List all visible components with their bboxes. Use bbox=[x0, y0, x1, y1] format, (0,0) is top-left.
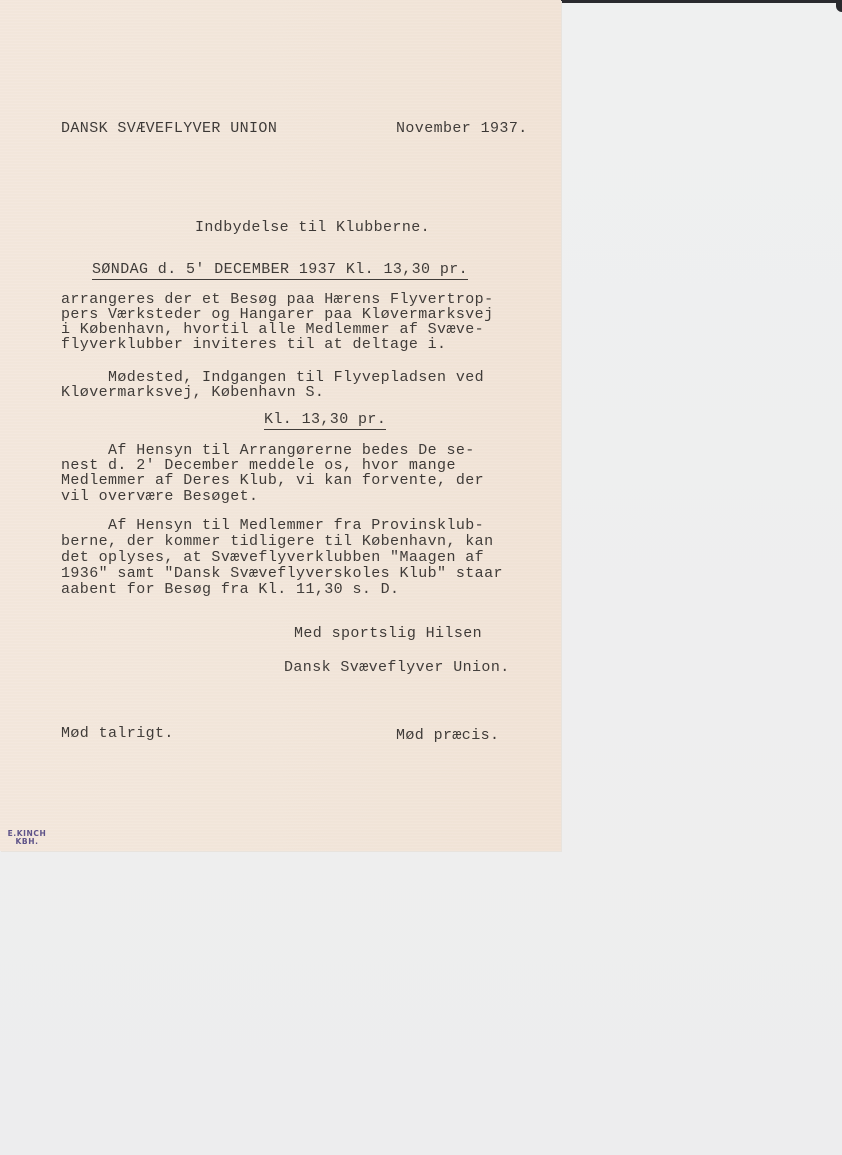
scanner-lid-corner bbox=[836, 0, 842, 12]
letterhead-date: November 1937. bbox=[396, 121, 528, 137]
letterhead-organization: DANSK SVÆVEFLYVER UNION bbox=[61, 121, 277, 137]
paragraph-line: vil overvære Besøget. bbox=[61, 489, 258, 505]
closing-greeting: Med sportslig Hilsen bbox=[294, 626, 482, 642]
letter-title: Indbydelse til Klubberne. bbox=[195, 220, 430, 236]
paragraph-line: Kløvermarksvej, København S. bbox=[61, 385, 324, 401]
printer-stamp-city: KBH. bbox=[6, 838, 48, 846]
closing-signature: Dansk Svæveflyver Union. bbox=[284, 660, 510, 676]
printer-stamp: E.KINCH KBH. bbox=[6, 830, 48, 846]
paragraph-line: 1936" samt "Dansk Svæveflyverskoles Klub… bbox=[61, 566, 503, 582]
paragraph-line: aabent for Besøg fra Kl. 11,30 s. D. bbox=[61, 582, 399, 598]
paragraph-line: berne, der kommer tidligere til Københav… bbox=[61, 534, 493, 550]
paragraph-line: Af Hensyn til Medlemmer fra Provinsklub- bbox=[61, 518, 484, 534]
event-date-line: SØNDAG d. 5' DECEMBER 1937 Kl. 13,30 pr. bbox=[92, 262, 468, 280]
paragraph-line: flyverklubber inviteres til at deltage i… bbox=[61, 337, 446, 353]
scanner-lid-edge bbox=[560, 0, 842, 3]
meeting-time: Kl. 13,30 pr. bbox=[264, 412, 386, 430]
letter-page: DANSK SVÆVEFLYVER UNION November 1937. I… bbox=[0, 0, 561, 851]
paragraph-line: det oplyses, at Svæveflyverklubben "Maag… bbox=[61, 550, 484, 566]
footer-left-note: Mød talrigt. bbox=[61, 726, 174, 742]
footer-right-note: Mød præcis. bbox=[396, 728, 499, 744]
paragraph-line: Medlemmer af Deres Klub, vi kan forvente… bbox=[61, 473, 484, 489]
